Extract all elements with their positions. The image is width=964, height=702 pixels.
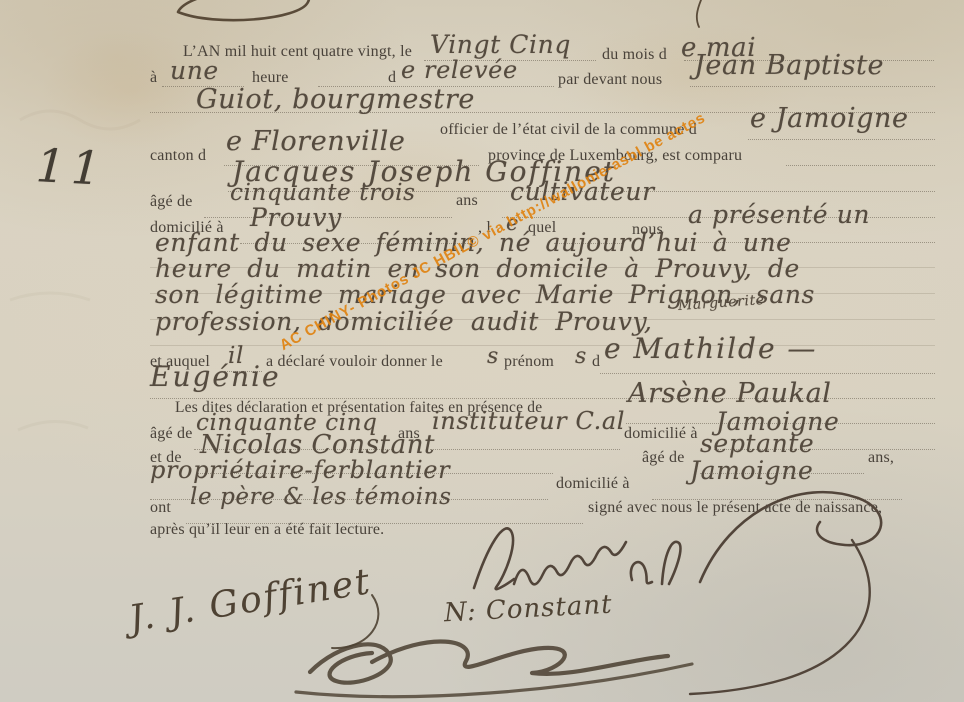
handwritten-signers: le père & les témoins: [190, 484, 451, 510]
handwritten-s2: s: [575, 344, 587, 369]
printed-prenom-label: prénom: [504, 353, 554, 371]
printed-ans-comma: ans,: [868, 449, 894, 467]
printed-domicile-label3: domicilié à: [556, 475, 630, 493]
printed-canton-label: canton d: [150, 147, 206, 165]
printed-lecture-label: après qu’il leur en a été fait lecture.: [150, 521, 384, 539]
printed-before-us-label: par devant nous: [558, 71, 662, 89]
ruling-line: [690, 86, 935, 87]
printed-at-label: à: [150, 69, 157, 87]
printed-age-label2: âgé de: [150, 425, 193, 443]
ruling-line: [430, 449, 620, 450]
handwritten-body-line2: heure du matin en son domicile à Prouvy,…: [155, 254, 800, 283]
top-flourish-stroke: [178, 0, 309, 20]
handwritten-witness2-profession: propriétaire-ferblantier: [150, 456, 450, 484]
ruling-line: [786, 165, 935, 166]
handwritten-commune: e Jamoigne: [750, 103, 909, 134]
signature-scrawl-stroke: [310, 641, 668, 682]
ruling-line: [600, 373, 935, 374]
top-small-stroke: [697, 0, 701, 27]
signature-paukal-tail: [690, 540, 870, 694]
signature-constant: N: Constant: [443, 590, 613, 629]
birth-act-scan: 11 L’AN mil huit cent quatre vingt, le V…: [0, 0, 964, 702]
printed-month-label: du mois d: [602, 46, 667, 64]
handwritten-witness1-name: Arsène Paukal: [628, 378, 832, 409]
handwritten-witness1-profession: instituteur C.al: [432, 407, 625, 435]
printed-ont-label: ont: [150, 499, 171, 517]
handwritten-hour: une: [170, 56, 219, 85]
handwritten-officer-firstname: Jean Baptiste: [694, 50, 884, 81]
printed-declare-label: a déclaré vouloir donner le: [266, 353, 443, 371]
handwritten-presented: a présenté un: [688, 200, 870, 229]
handwritten-witness2-domicile: Jamoigne: [690, 456, 813, 485]
handwritten-body-line4: profession, domiciliée audit Prouvy,: [155, 307, 652, 336]
printed-ans-label: ans: [456, 192, 478, 210]
faint-ruling-line: [150, 319, 935, 320]
printed-age-label: âgé de: [150, 193, 193, 211]
handwritten-child-name1: e Mathilde —: [604, 332, 817, 365]
printed-domicile-label2: domicilié à: [624, 425, 698, 443]
act-number: 11: [35, 138, 108, 196]
handwritten-child-name2: Eugénie: [150, 360, 281, 393]
signature-scrawl-underline: [296, 664, 692, 697]
signature-goffinet: J. J. Goffinet: [126, 561, 374, 640]
printed-de-label: d: [592, 353, 600, 371]
faint-ruling-line: [150, 293, 935, 294]
handwritten-officer-name: Guiot, bourgmestre: [196, 84, 475, 115]
handwritten-day: Vingt Cinq: [430, 30, 571, 59]
printed-signed-label: signé avec nous le présent acte de naiss…: [588, 499, 882, 517]
handwritten-meridiem: e relevée: [401, 56, 518, 84]
handwritten-s1: s: [487, 344, 499, 369]
handwritten-witness2-age: septante: [700, 429, 814, 458]
ruling-line: [748, 139, 935, 140]
printed-age-label3: âgé de: [642, 449, 685, 467]
handwritten-canton: e Florenville: [226, 126, 405, 157]
faint-ruling-line: [150, 267, 935, 268]
